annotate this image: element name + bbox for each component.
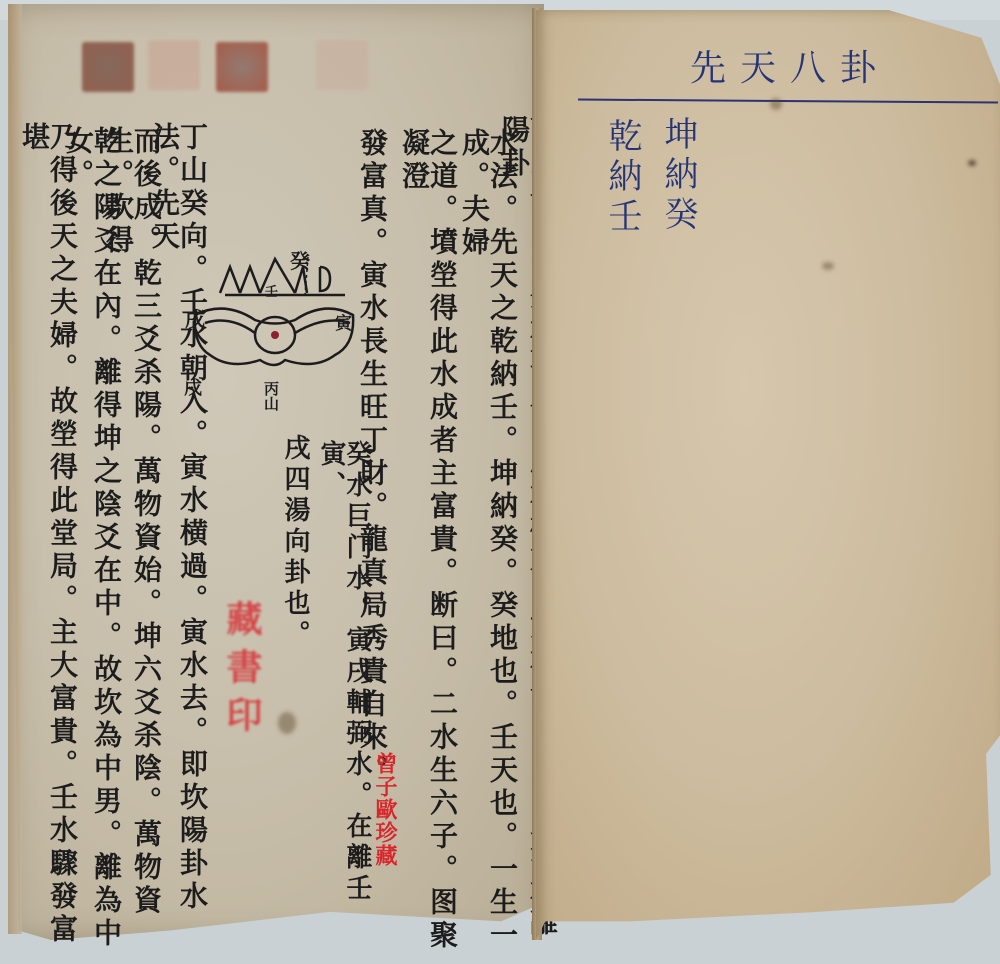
text-column-6: 戌四湯向卦也。 xyxy=(282,434,308,651)
right-page-title: 先天八卦 xyxy=(690,40,890,91)
diagram-label-right: 寅 xyxy=(335,309,352,334)
text-column-2: 水法。先天之乾納壬。坤納癸。癸地也。壬天也。一生一成。夫婦 xyxy=(460,128,516,964)
text-column-3: 之道。墳塋得此水成者主富貴。断曰。二水生六子。图聚凝澄 xyxy=(400,128,456,964)
paper-spot-2 xyxy=(968,160,976,166)
red-seal-right: 曾子歐珍藏 xyxy=(370,752,401,867)
diagram-label-top: 癸 xyxy=(290,245,310,274)
note-qian-na-ren: 乾納壬 xyxy=(598,118,647,238)
diagram-label-left: 戌 xyxy=(185,303,205,332)
diagram-label-bottom: 丙山 xyxy=(261,381,282,411)
red-seal-left: 藏書印 xyxy=(224,600,268,760)
faded-seal-square-3 xyxy=(216,42,268,92)
note-kun-na-gui: 坤納癸 xyxy=(654,116,703,236)
feng-shui-diagram: 癸 戌 寅 壬 丙山 xyxy=(185,245,365,445)
faded-seal-square-1 xyxy=(82,42,134,92)
ink-stain xyxy=(278,712,296,734)
faded-seal-square-2 xyxy=(148,40,200,90)
mountain-water-diagram-icon xyxy=(185,245,365,445)
paper-spot-1 xyxy=(822,262,834,270)
paper-spot-3 xyxy=(770,98,782,110)
text-column-10: 乃得後天之夫婦。故塋得此堂局。主大富貴。壬水驟發富堪 xyxy=(20,122,76,964)
faded-seal-square-4 xyxy=(316,40,368,90)
text-column-5: 癸水巨门水。寅戌輔弼水。在離壬寅、 xyxy=(318,440,370,964)
diagram-label-mountain: 壬 xyxy=(265,281,278,300)
